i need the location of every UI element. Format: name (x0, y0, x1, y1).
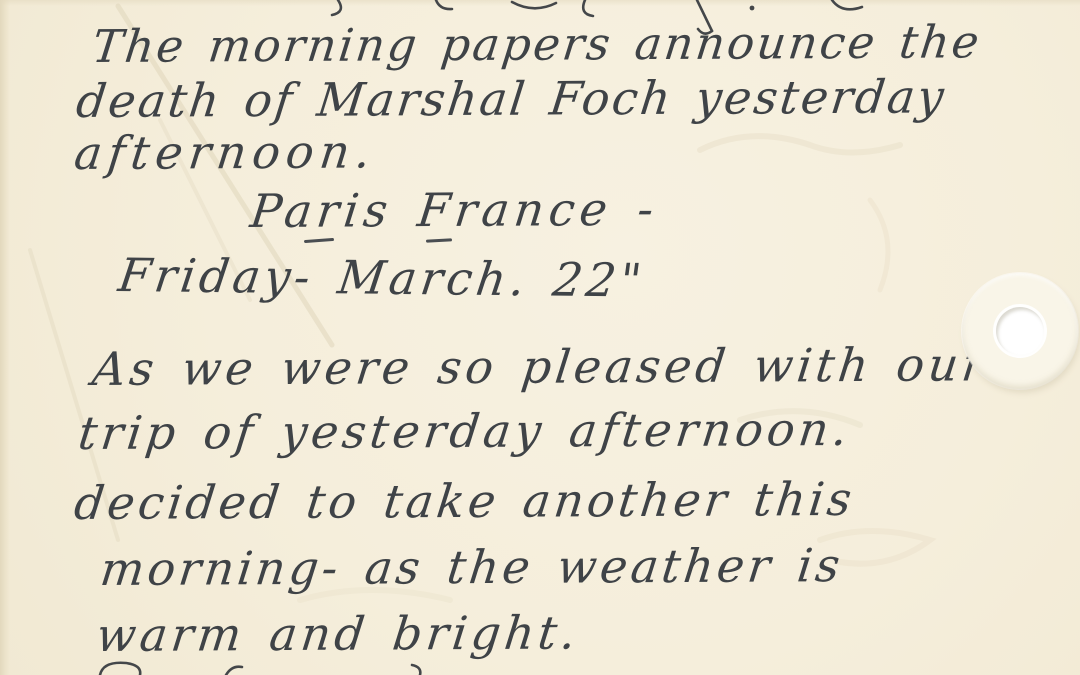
handwriting-line: death of Marshal Foch yesterday (74, 73, 949, 124)
hole-punch-hole (996, 307, 1044, 355)
handwriting-line: trip of yesterday afternoon. (76, 406, 854, 456)
handwriting-line: afternoon. (72, 128, 379, 176)
cutoff-line-bottom (0, 653, 1080, 675)
handwriting-line: morning- as the weather is (98, 542, 846, 592)
hole-punch (962, 273, 1078, 389)
diary-page: The morning papers announce the death of… (0, 0, 1080, 675)
handwriting-line: As we were so pleased with our (90, 341, 991, 392)
handwriting-line: decided to take another this (72, 476, 857, 526)
handwriting-line-place-heading: Paris France - (248, 186, 661, 234)
handwriting-line: warm and bright. (94, 609, 582, 658)
handwriting-line: The morning papers announce the (90, 19, 984, 69)
handwriting-line-date-heading: Friday- March. 22" (116, 252, 648, 304)
